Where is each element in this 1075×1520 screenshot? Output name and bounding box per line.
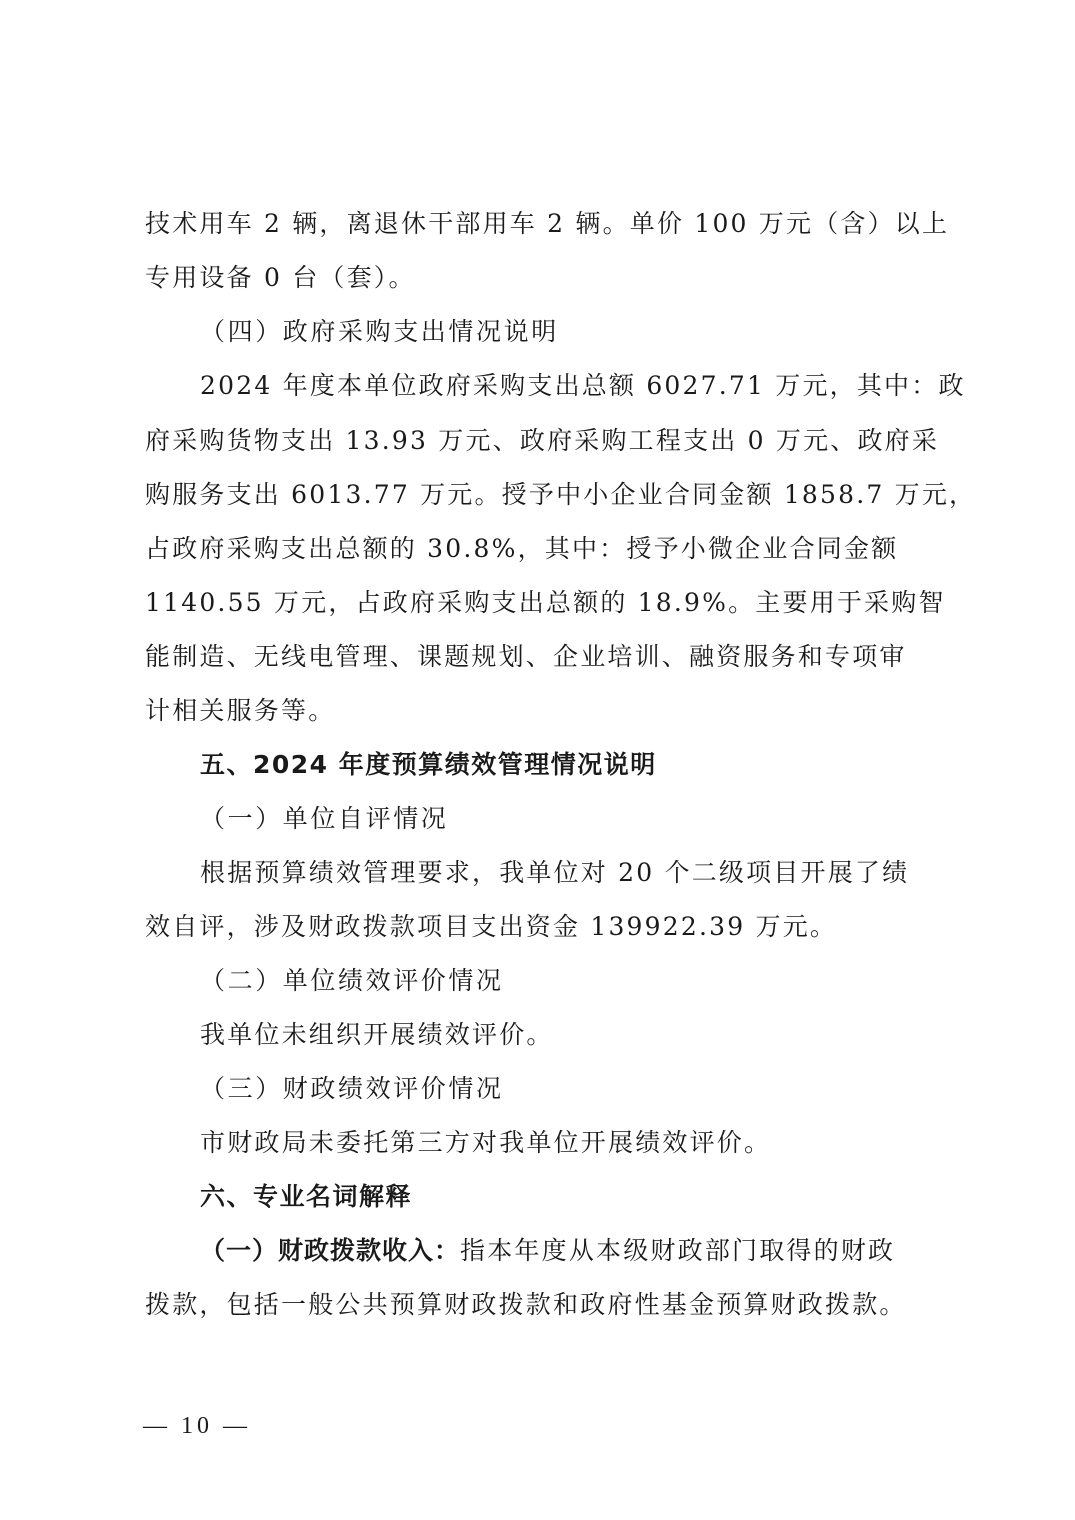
glossary-term-definition: 指本年度从本级财政部门取得的财政 [460,1236,895,1265]
glossary-term-label: （一）财政拨款收入： [200,1236,460,1265]
page-number: — 10 — [143,1411,251,1441]
paragraph-procurement-line-6: 能制造、无线电管理、课题规划、企业培训、融资服务和专项审 [145,641,945,673]
paragraph-procurement-line-5: 1140.55 万元，占政府采购支出总额的 18.9%。主要用于采购智 [145,587,945,619]
subheading-unit-performance-evaluation: （二）单位绩效评价情况 [200,965,945,997]
document-page: 技术用车 2 辆，离退休干部用车 2 辆。单价 100 万元（含）以上 专用设备… [0,0,1075,1520]
section-heading-performance-management: 五、2024 年度预算绩效管理情况说明 [200,749,945,781]
glossary-item-fiscal-appropriation-line-1: （一）财政拨款收入：指本年度从本级财政部门取得的财政 [200,1235,945,1267]
subheading-government-procurement: （四）政府采购支出情况说明 [200,316,945,348]
paragraph-procurement-line-1: 2024 年度本单位政府采购支出总额 6027.71 万元，其中：政 [200,370,945,402]
subheading-fiscal-performance-evaluation: （三）财政绩效评价情况 [200,1073,945,1105]
paragraph-vehicles-continued-line-2: 专用设备 0 台（套）。 [145,262,945,294]
paragraph-procurement-line-4: 占政府采购支出总额的 30.8%，其中：授予小微企业合同金额 [145,533,945,565]
section-heading-glossary: 六、专业名词解释 [200,1181,945,1213]
paragraph-self-evaluation-line-1: 根据预算绩效管理要求，我单位对 20 个二级项目开展了绩 [200,857,945,889]
subheading-self-evaluation: （一）单位自评情况 [200,803,945,835]
paragraph-self-evaluation-line-2: 效自评，涉及财政拨款项目支出资金 139922.39 万元。 [145,911,945,943]
paragraph-procurement-line-2: 府采购货物支出 13.93 万元、政府采购工程支出 0 万元、政府采 [145,425,945,457]
paragraph-procurement-line-3: 购服务支出 6013.77 万元。授予中小企业合同金额 1858.7 万元， [145,479,945,511]
paragraph-vehicles-continued-line-1: 技术用车 2 辆，离退休干部用车 2 辆。单价 100 万元（含）以上 [145,208,945,240]
paragraph-fiscal-performance-evaluation: 市财政局未委托第三方对我单位开展绩效评价。 [200,1127,945,1159]
glossary-item-fiscal-appropriation-line-2: 拨款，包括一般公共预算财政拨款和政府性基金预算财政拨款。 [145,1289,945,1321]
paragraph-procurement-line-7: 计相关服务等。 [145,695,945,727]
paragraph-unit-performance-evaluation: 我单位未组织开展绩效评价。 [200,1019,945,1051]
